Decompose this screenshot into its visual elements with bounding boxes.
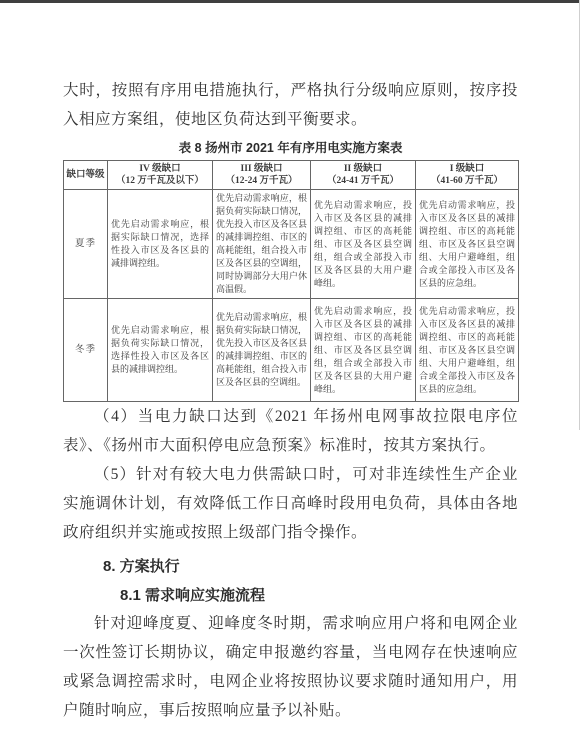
cell-summer-ii: 优先启动需求响应，投入市区及各区县的减排调控组、市区的高耗能组、市区及各区县空调… (311, 190, 416, 299)
cell-winter-i: 优先启动需求响应，投入市区及各区县的减排调控组、市区的高耗能组、市区及各区县空调… (416, 299, 519, 402)
paragraph-5: （5）针对有较大电力供需缺口时，可对非连续性生产企业实施调休计划，有效降低工作日… (63, 460, 518, 547)
season-cell-summer: 夏季 (64, 190, 108, 299)
header-gap-level: 缺口等级 (64, 161, 108, 190)
cell-summer-i: 优先启动需求响应，投入市区及各区县的减排调控组、市区的高耗能组、市区及各区县空调… (416, 190, 519, 299)
header-gap-level-label: 缺口等级 (66, 170, 104, 180)
section-8-1-body: 针对迎峰度夏、迎峰度冬时期，需求响应用户将和电网企业一次性签订长期协议，确定申报… (63, 609, 518, 725)
table-header-row: 缺口等级 IV 级缺口 （12 万千瓦及以下） III 级缺口 （12-24 万… (64, 161, 519, 190)
paragraph-4: （4）当电力缺口达到《2021 年扬州电网事故拉限电序位表》、《扬州市大面积停电… (63, 402, 518, 460)
header-level-iv: IV 级缺口 （12 万千瓦及以下） (108, 161, 213, 190)
table-row-winter: 冬季 优先启动需求响应，根据负荷实际缺口情况，选择性投入市区及各区县的减排调控组… (64, 299, 519, 402)
section-heading-8-1: 8.1 需求响应实施流程 (120, 583, 518, 609)
header-level-ii: II 级缺口 （24-41 万千瓦） (311, 161, 416, 190)
cell-winter-ii: 优先启动需求响应，投入市区及各区县的减排调控组、市区的高耗能组、市区及各区县空调… (311, 299, 416, 402)
cell-winter-iv: 优先启动需求响应，根据负荷实际缺口情况，选择性投入市区及各区县的减排调控组。 (108, 299, 213, 402)
header-level-iii: III 级缺口 （12-24 万千瓦） (213, 161, 311, 190)
table-row-summer: 夏季 优先启动需求响应，根据实际缺口情况，选择性投入市区及各区县的减排调控组。 … (64, 190, 519, 299)
section-heading-8: 8. 方案执行 (103, 554, 518, 580)
table-caption: 表 8 扬州市 2021 年有序用电实施方案表 (63, 140, 518, 157)
continuation-paragraph: 大时，按照有序用电措施执行，严格执行分级响应原则，按序投入相应方案组，使地区负荷… (63, 76, 518, 134)
cell-summer-iv: 优先启动需求响应，根据实际缺口情况，选择性投入市区及各区县的减排调控组。 (108, 190, 213, 299)
ordered-power-use-plan-table: 缺口等级 IV 级缺口 （12 万千瓦及以下） III 级缺口 （12-24 万… (63, 160, 519, 402)
document-page: { "colors": { "page_bg": "#ffffff", "tex… (0, 0, 580, 729)
page-content: 大时，按照有序用电措施执行，严格执行分级响应原则，按序投入相应方案组，使地区负荷… (63, 0, 518, 725)
header-level-i: I 级缺口 （41-60 万千瓦） (416, 161, 519, 190)
cell-winter-iii: 优先启动需求响应，根据负荷实际缺口情况，优先投入市区及各区县的减排调控组、市区的… (213, 299, 311, 402)
season-cell-winter: 冬季 (64, 299, 108, 402)
cell-summer-iii: 优先启动需求响应，根据负荷实际缺口情况，优先投入市区及各区县的减排调控组、市区的… (213, 190, 311, 299)
